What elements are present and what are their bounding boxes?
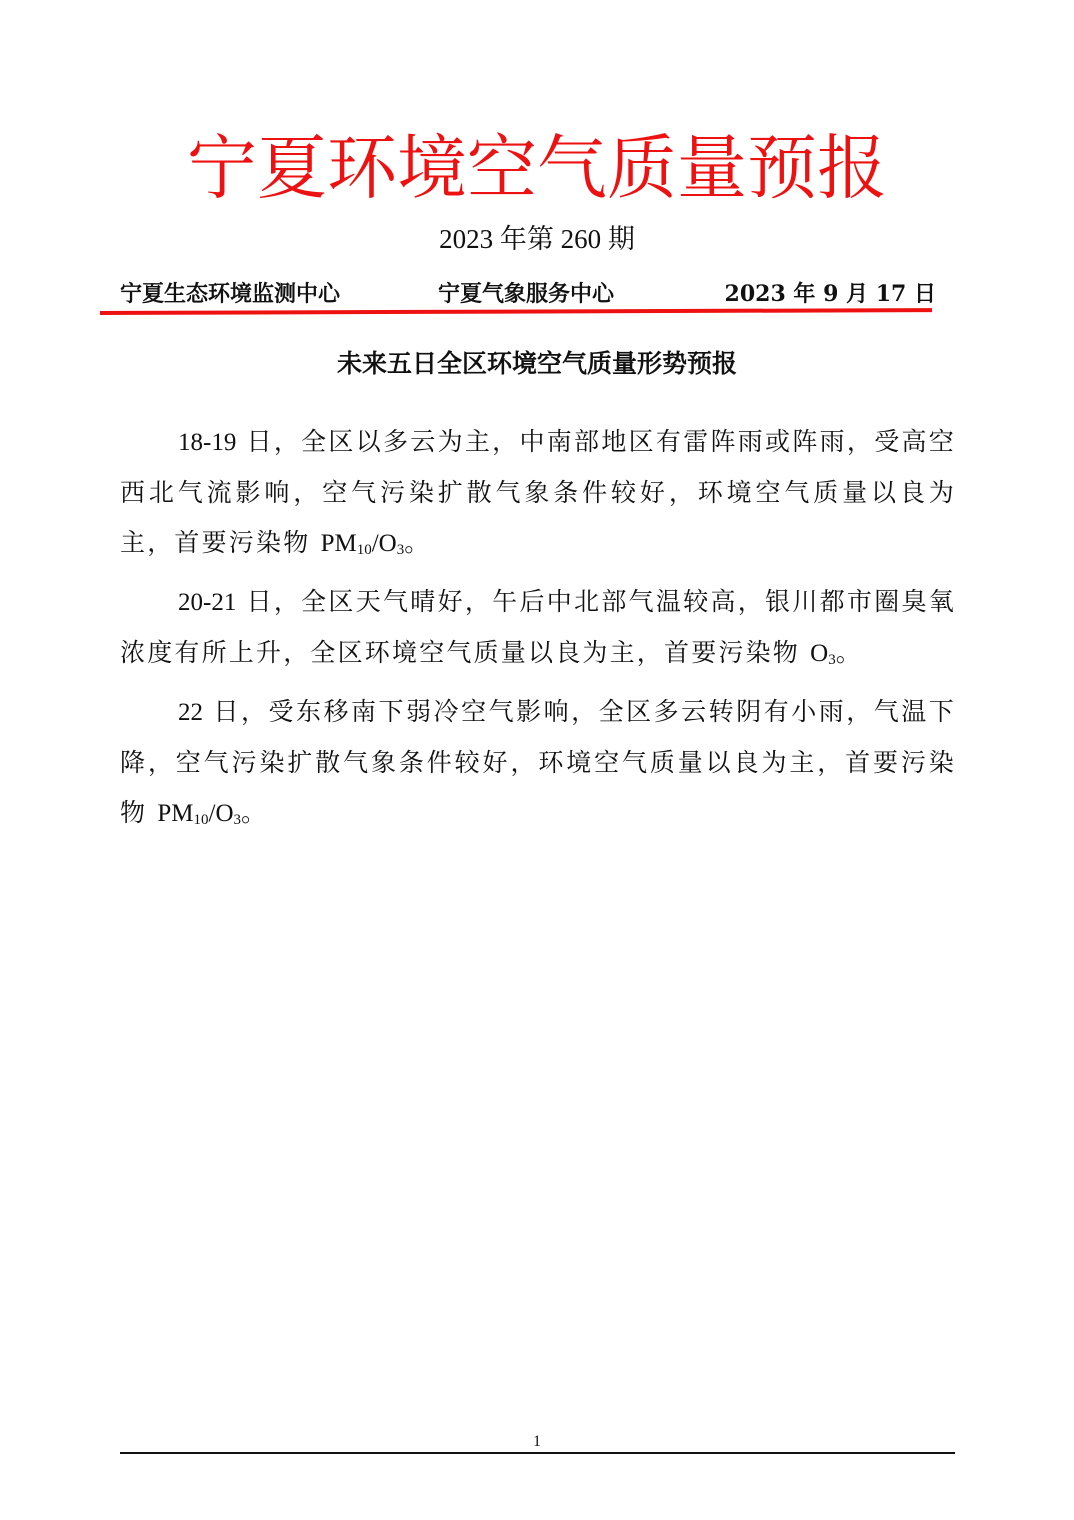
paragraph-end: 。 (836, 638, 863, 667)
pollutant-mid: /O (209, 800, 234, 827)
date-range: 20-21 (178, 589, 236, 616)
forecast-body: 18-19 日，全区以多云为主，中南部地区有雷阵雨或阵雨，受高空西北气流影响，空… (120, 417, 956, 845)
date-range: 22 (178, 699, 203, 726)
paragraph-end: 。 (241, 798, 268, 827)
forecast-paragraph-18-19: 18-19 日，全区以多云为主，中南部地区有雷阵雨或阵雨，受高空西北气流影响，空… (120, 417, 956, 575)
page-number: 1 (0, 1432, 1074, 1452)
publish-date: 2023 年 9 月 17 日 (725, 278, 936, 310)
pollutant: O3 (810, 640, 836, 667)
forecast-paragraph-20-21: 20-21 日，全区天气晴好，午后中北部气温较高，银川都市圈臭氧浓度有所上升，全… (120, 577, 956, 685)
pollutant-subscript: 10 (194, 812, 209, 828)
pollutant: PM10/O3 (321, 530, 405, 557)
publisher-header: 宁夏生态环境监测中心 宁夏气象服务中心 2023 年 9 月 17 日 (120, 278, 936, 310)
section-title: 未来五日全区环境空气质量形势预报 (0, 346, 1074, 382)
pollutant-mid: /O (372, 530, 397, 557)
date-range: 18-19 (178, 429, 236, 456)
pollutant-subscript: 10 (357, 542, 372, 558)
pollutant-subscript: 3 (828, 652, 836, 668)
pollutant-prefix: PM (157, 800, 193, 827)
document-title: 宁夏环境空气质量预报 (0, 126, 1074, 210)
publisher-meteorological-service-center: 宁夏气象服务中心 (438, 278, 614, 310)
paragraph-text: 日，全区以多云为主，中南部地区有雷阵雨或阵雨，受高空西北气流影响，空气污染扩散气… (120, 427, 956, 557)
pollutant-prefix: O (810, 640, 828, 667)
paragraph-end: 。 (404, 528, 431, 557)
forecast-paragraph-22: 22 日，受东移南下弱冷空气影响，全区多云转阴有小雨，气温下降，空气污染扩散气象… (120, 687, 956, 845)
pollutant: PM10/O3 (157, 800, 241, 827)
pollutant-prefix: PM (321, 530, 357, 557)
pollutant-subscript: 3 (234, 812, 242, 828)
publisher-env-monitoring-center: 宁夏生态环境监测中心 (120, 278, 340, 310)
footer-divider (120, 1452, 955, 1454)
issue-number: 2023 年第 260 期 (0, 221, 1074, 257)
